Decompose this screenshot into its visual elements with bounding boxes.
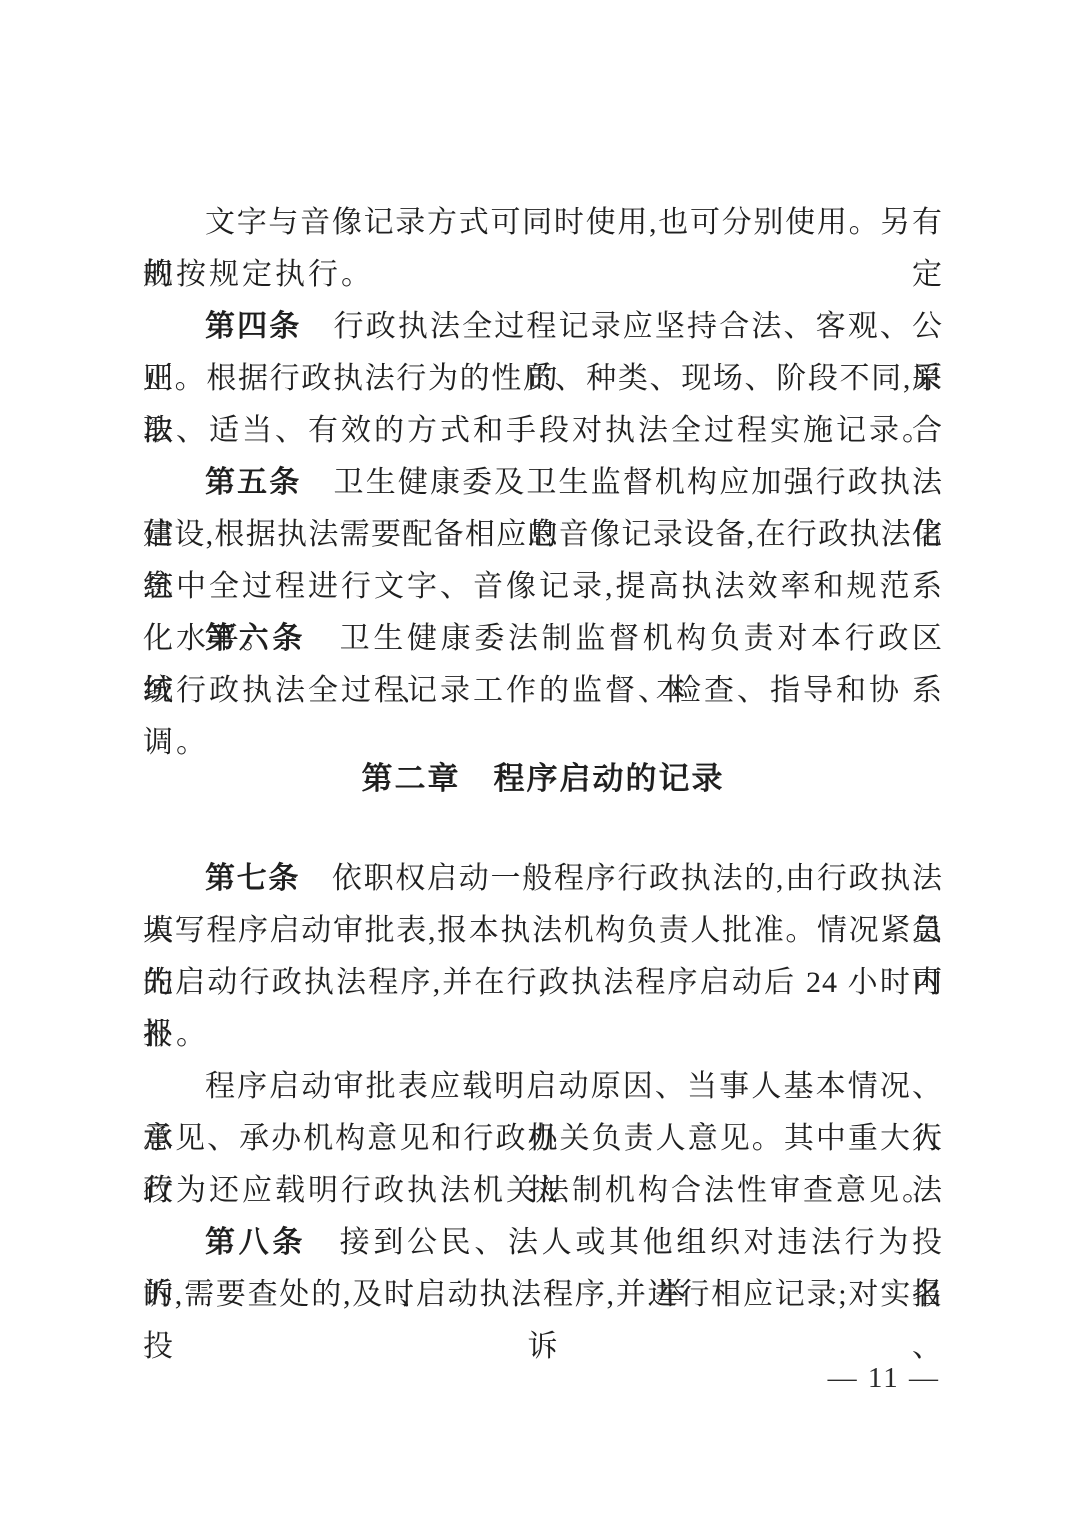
article-number: 第七条 [205, 862, 300, 895]
text-segment: 的按规定执行。 [143, 258, 374, 291]
text-line: 建设,根据执法需要配备相应的音像记录设备,在行政执法信息系 [143, 509, 943, 561]
text-line: 则。根据行政执法行为的性质、种类、现场、阶段不同,采取合 [143, 353, 943, 405]
text-line: 第六条 卫生健康委法制监督机构负责对本行政区域、本系 [143, 613, 943, 665]
document-content: 文字与音像记录方式可同时使用,也可分别使用。另有规定的按规定执行。第四条 行政执… [143, 197, 943, 1321]
text-line: 第八条 接到公民、法人或其他组织对违法行为投诉、举报 [143, 1217, 943, 1269]
text-line: 法、适当、有效的方式和手段对执法全过程实施记录。 [143, 405, 943, 457]
article-number: 第八条 [205, 1226, 306, 1259]
text-line: 第五条 卫生健康委及卫生监督机构应加强行政执法信息化 [143, 457, 943, 509]
text-line: 先启动行政执法程序,并在行政执法程序启动后 24 小时内补 [143, 957, 943, 1009]
text-line: 的,需要查处的,及时启动执法程序,并进行相应记录;对实名投诉、 [143, 1269, 943, 1321]
text-line: 行为还应载明行政执法机关法制机构合法性审查意见。 [143, 1165, 943, 1217]
text-segment: 法、适当、有效的方式和手段对执法全过程实施记录。 [143, 414, 935, 447]
text-line: 第四条 行政执法全过程记录应坚持合法、客观、公正的原 [143, 301, 943, 353]
text-line: 报。 [143, 1009, 943, 1061]
text-line: 程序启动审批表应载明启动原因、当事人基本情况、承办人 [143, 1061, 943, 1113]
article-number: 第五条 [205, 466, 301, 499]
page-number: — 11 — [828, 1356, 940, 1400]
text-line: 第七条 依职权启动一般程序行政执法的,由行政执法人员 [143, 853, 943, 905]
text-segment: 统行政执法全过程记录工作的监督、检查、指导和协调。 [143, 674, 902, 759]
text-line: 填写程序启动审批表,报本执法机构负责人批准。情况紧急的,可 [143, 905, 943, 957]
text-segment: 的,需要查处的,及时启动执法程序,并进行相应记录;对实名投诉、 [143, 1278, 943, 1363]
article-number: 第四条 [205, 310, 301, 343]
chapter-heading: 第二章 程序启动的记录 [143, 757, 943, 801]
text-segment: 报。 [143, 1018, 209, 1051]
document-page: 文字与音像记录方式可同时使用,也可分别使用。另有规定的按规定执行。第四条 行政执… [0, 0, 1074, 1520]
text-line: 统中全过程进行文字、音像记录,提高执法效率和规范化水平。 [143, 561, 943, 613]
text-segment: 行为还应载明行政执法机关法制机构合法性审查意见。 [143, 1174, 935, 1207]
text-line: 统行政执法全过程记录工作的监督、检查、指导和协调。 [143, 665, 943, 717]
text-line: 意见、承办机构意见和行政机关负责人意见。其中重大行政执法 [143, 1113, 943, 1165]
text-line: 文字与音像记录方式可同时使用,也可分别使用。另有规定 [143, 197, 943, 249]
article-number: 第六条 [205, 622, 306, 655]
